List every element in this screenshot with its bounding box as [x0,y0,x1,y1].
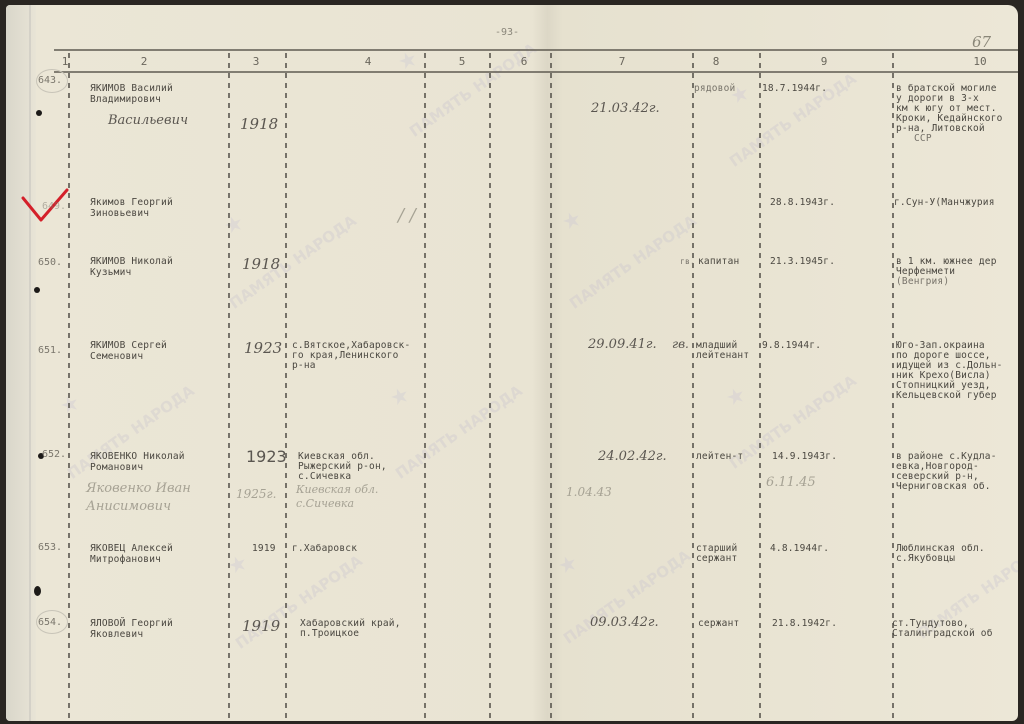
column-header-6: 6 [514,55,534,68]
watermark-star-icon: ★ [553,543,582,582]
birth-year: 1919 [252,544,276,555]
record-number: 643. [38,75,62,86]
record-number: 652. [42,449,66,460]
record-number: 653. [38,542,62,553]
rank: сержант [698,619,739,630]
watermark-star-icon: ★ [223,543,252,582]
record-number: 654. [38,617,62,628]
record-name: ЯКОВЕНКО Николай [90,452,185,463]
column-divider [285,53,287,721]
column-divider [550,53,552,721]
pencil-marks: / / [398,205,416,226]
column-divider [424,53,426,721]
column-header-2: 2 [134,55,154,68]
record-name: ЯКОВЕЦ Алексей [90,544,173,555]
call-up-date: 21.03.42г. [591,101,660,116]
record-number: 651. [38,345,62,356]
rank: рядовой [694,84,735,95]
call-up-date-faint: 1.04.43 [566,485,612,499]
column-divider [489,53,491,721]
rank-prefix: гв. [672,337,689,351]
death-date: 9.8.1944г. [762,341,821,352]
death-date: 18.7.1944г. [762,84,827,95]
watermark-star-icon: ★ [385,375,414,414]
birth-place-line: р-на [292,361,316,372]
watermark: ПАМЯТЬ НАРОДА [561,548,693,647]
birth-place-line: г.Хабаровск [292,544,357,555]
death-date: 14.9.1943г. [772,452,837,463]
burial-place-line: г.Сун-У(Манчжурия [894,198,995,209]
rank: капитан [698,257,739,268]
record-patronymic: Яковлевич [90,630,143,641]
burial-place-line: с.Якубовцы [896,554,955,565]
header-top-rule [54,49,1018,51]
call-up-date: 09.03.42г. [590,615,659,630]
record-name: ЯКИМОВ Сергей [90,341,167,352]
birth-year: 1919 [242,617,280,635]
handwritten-note: Васильевич [108,113,188,128]
record-name: ЯКИМОВ Василий [90,84,173,95]
record-number: 650. [38,257,62,268]
column-header-3: 3 [246,55,266,68]
record-name: Якимов Георгий [90,198,173,209]
binding-hole [34,287,40,293]
burial-place-line: Кельцевской губер [896,391,997,402]
column-header-10: 10 [968,55,992,68]
binding-hole [34,586,41,596]
watermark-star-icon: ★ [219,203,248,242]
column-divider [68,53,70,721]
watermark-star-icon: ★ [557,199,586,238]
record-patronymic: Кузьмич [90,268,131,279]
column-divider [692,53,694,721]
handwritten-name: Яковенко Иван [86,481,191,496]
handwritten-death-date: 6.11.45 [766,475,816,490]
birth-year: 1923 [246,447,287,466]
burial-place-line: Сталинградской об [892,629,993,640]
death-date: 21.3.1945г. [770,257,835,268]
rank-line: лейтенант [696,351,749,362]
burial-place-line: р-на, Литовской [896,124,985,135]
death-date: 21.8.1942г. [772,619,837,630]
birth-place-line: п.Троицкое [300,629,359,640]
column-header-7: 7 [612,55,632,68]
watermark: ПАМЯТЬ НАРОДА [393,383,525,482]
column-header-8: 8 [706,55,726,68]
column-header-4: 4 [358,55,378,68]
header-bottom-rule [54,71,1018,73]
handwritten-birth-place: Киевская обл. [296,483,378,496]
record-name: ЯЛОВОЙ Георгий [90,619,173,630]
call-up-date: 24.02.42г. [598,449,667,464]
watermark-star-icon: ★ [721,375,750,414]
margin-rule [29,5,31,721]
column-header-5: 5 [452,55,472,68]
handwritten-name: Анисимович [86,499,171,514]
birth-year: 1918 [242,255,280,273]
column-header-9: 9 [814,55,834,68]
burial-place-line: (Венгрия) [896,277,949,288]
burial-place-line: Черниговская об. [896,482,991,493]
death-date: 4.8.1944г. [770,544,829,555]
record-patronymic: Владимирович [90,95,161,106]
column-divider [228,53,230,721]
handwritten-birth-place: с.Сичевка [296,497,354,510]
record-name: ЯКИМОВ Николай [90,257,173,268]
column-divider [759,53,761,721]
death-date: 28.8.1943г. [770,198,835,209]
rank-prefix: гв. [680,257,695,268]
page-number-mark: -93- [495,27,519,38]
birth-year: 1923 [244,339,282,357]
rank: лейтен-т [696,452,743,463]
handwritten-birth-year: 1925г. [236,487,276,501]
birth-place-line: с.Сичевка [298,472,351,483]
record-patronymic: Семенович [90,352,143,363]
record-number: 649. [42,201,66,212]
birth-year: 1918 [240,115,278,133]
record-patronymic: Митрофанович [90,555,161,566]
binding-margin [6,5,36,721]
rank-line: сержант [696,554,737,565]
record-patronymic: Романович [90,463,143,474]
document-page: ★ ПАМЯТЬ НАРОДА ★ ПАМЯТЬ НАРОДА ★ ПАМЯТЬ… [6,5,1018,721]
burial-place-line: ССР [914,134,932,145]
call-up-date: 29.09.41г. [588,337,657,352]
record-patronymic: Зиновьевич [90,209,149,220]
binding-hole [36,110,42,116]
